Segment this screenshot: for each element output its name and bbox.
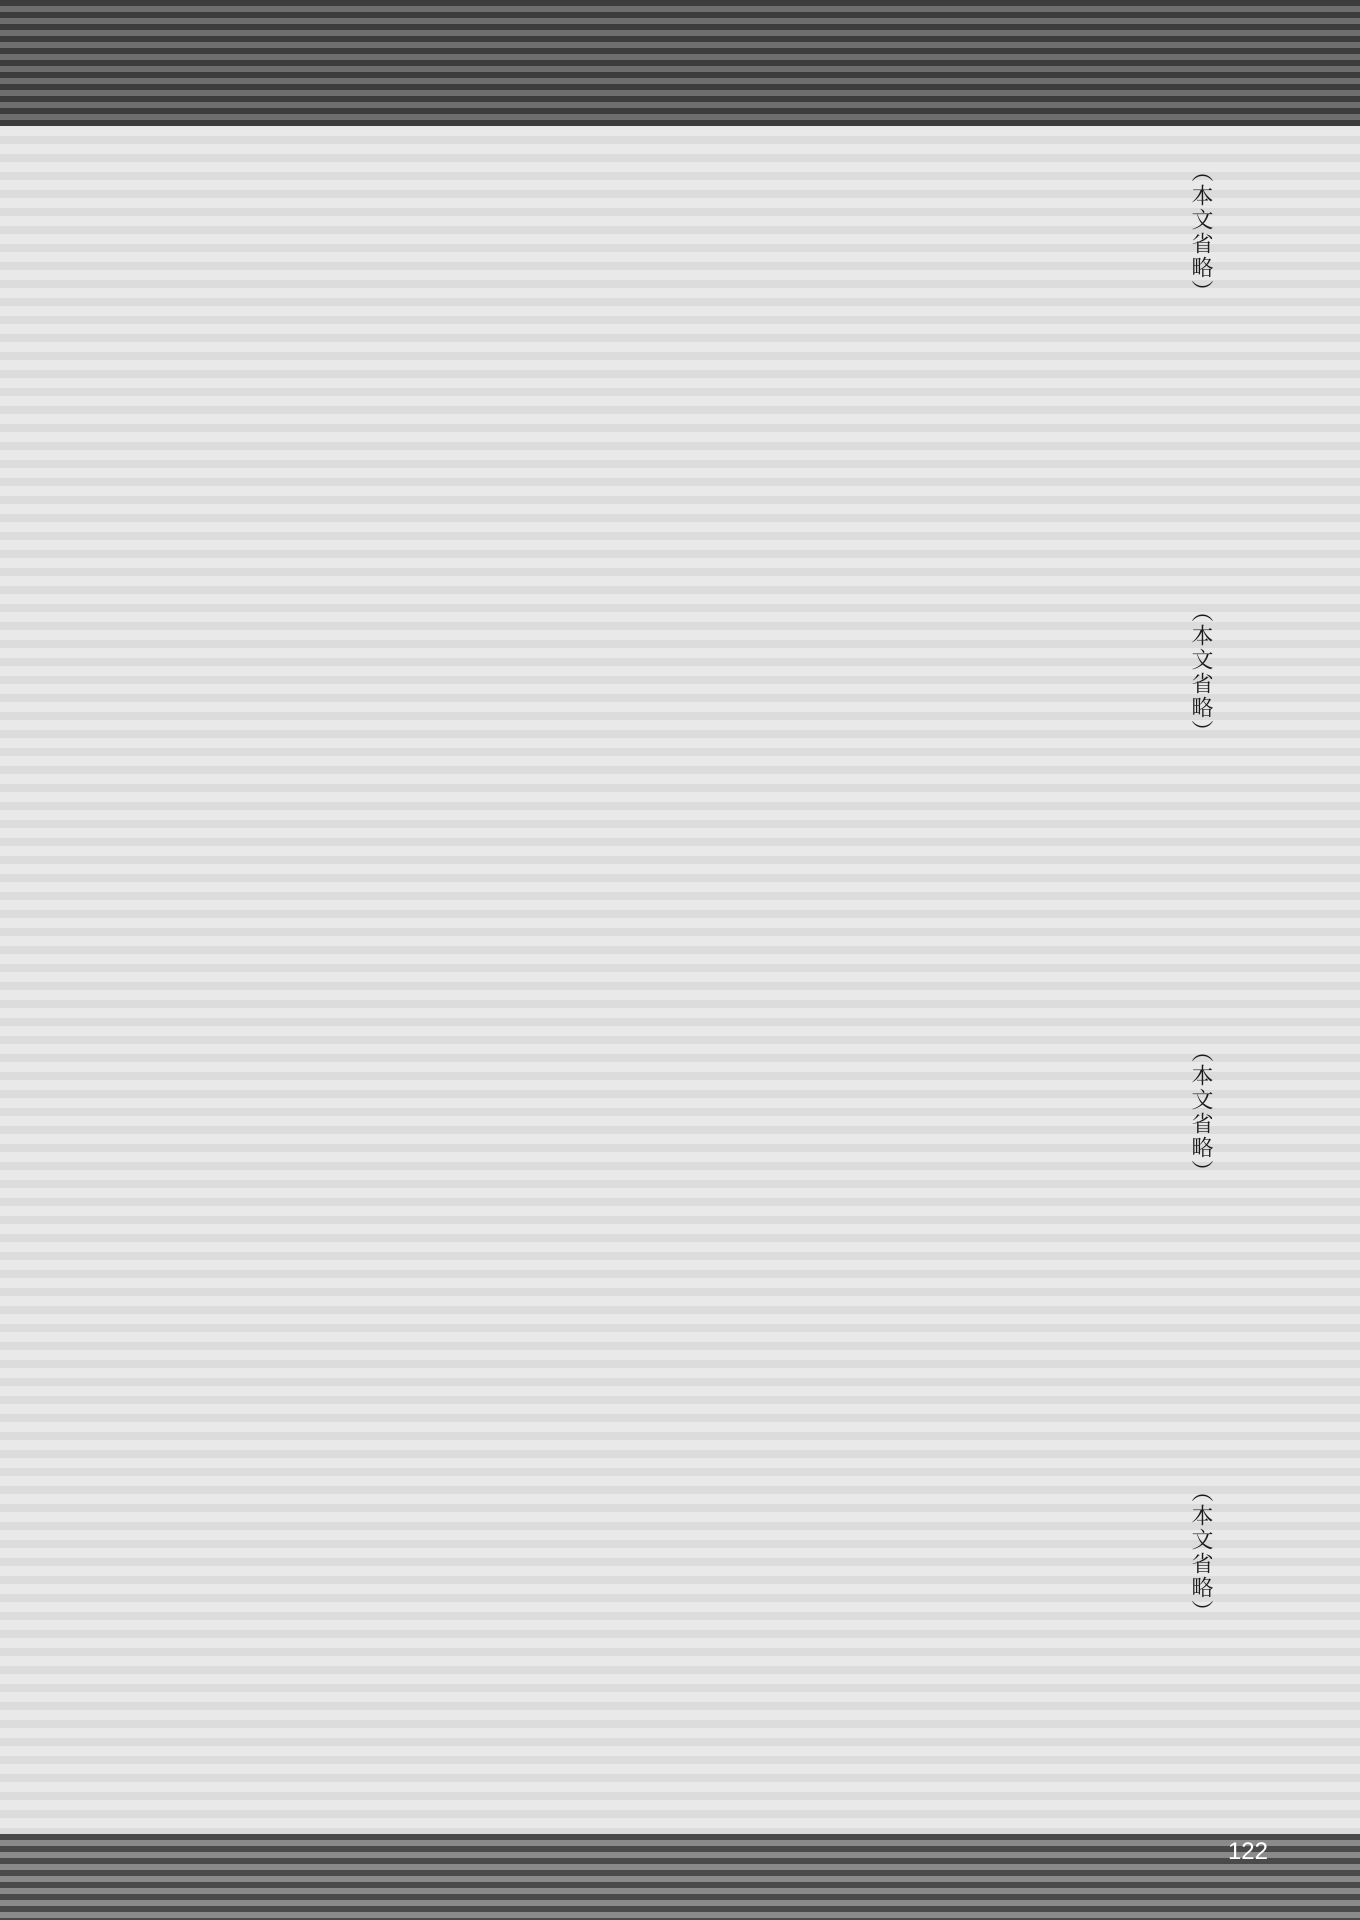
page-number: 122	[1228, 1838, 1268, 1866]
text-block-3: （本文省略）	[160, 1040, 1220, 1460]
top-decorative-band	[0, 0, 1360, 126]
text-block-1: （本文省略）	[160, 160, 1220, 580]
text-block-4: （本文省略）	[160, 1480, 1220, 1790]
text-block-2: （本文省略）	[160, 600, 1220, 1020]
bottom-decorative-band	[0, 1834, 1360, 1920]
